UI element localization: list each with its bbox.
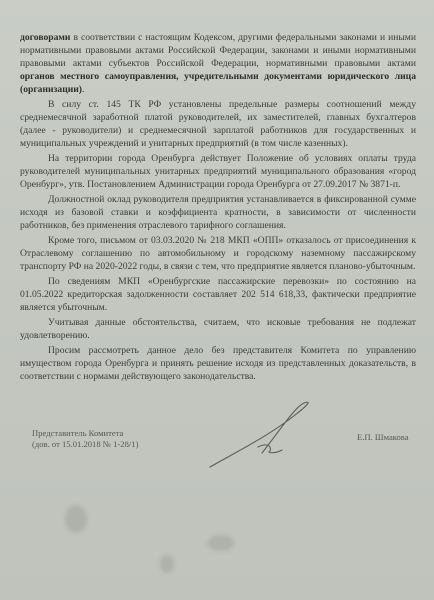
text-run: По сведениям МКП «Оренбургские пассажирс… (20, 276, 416, 313)
bold-text: органов местного самоуправления, учредит… (20, 71, 416, 95)
paragraph: На территории города Оренбурга действует… (20, 152, 416, 191)
handwritten-signature (200, 395, 340, 475)
power-of-attorney: (дов. от 15.01.2018 № 1-28/1) (32, 439, 138, 450)
text-run: в соответствии с настоящим Кодексом, дру… (20, 32, 416, 69)
signatory-role: Представитель Комитета (32, 428, 138, 439)
text-run: Просим рассмотреть данное дело без предс… (20, 345, 416, 382)
document-page: договорами в соответствии с настоящим Ко… (0, 0, 434, 600)
paragraph: Просим рассмотреть данное дело без предс… (20, 344, 416, 383)
text-run: В силу ст. 145 ТК РФ установлены предель… (20, 99, 416, 149)
paper-smudge (208, 535, 234, 551)
text-run: Учитывая данные обстоятельства, считаем,… (20, 317, 416, 341)
paragraph: Учитывая данные обстоятельства, считаем,… (20, 316, 416, 342)
paper-smudge (160, 555, 174, 573)
signatory-title: Представитель Комитета (дов. от 15.01.20… (32, 428, 138, 450)
text-run: Кроме того, письмом от 03.03.2020 № 218 … (20, 235, 416, 272)
document-body: договорами в соответствии с настоящим Ко… (20, 31, 416, 385)
text-run: На территории города Оренбурга действует… (20, 153, 416, 190)
paragraph: договорами в соответствии с настоящим Ко… (20, 31, 416, 96)
paragraph: По сведениям МКП «Оренбургские пассажирс… (20, 275, 416, 314)
bold-text: договорами (20, 32, 70, 43)
paragraph: Кроме того, письмом от 03.03.2020 № 218 … (20, 234, 416, 273)
paper-smudge (65, 505, 87, 533)
paragraph: Должностной оклад руководителя предприят… (20, 193, 416, 232)
paragraph: В силу ст. 145 ТК РФ установлены предель… (20, 98, 416, 150)
signatory-name: Е.П. Шмакова (357, 432, 409, 442)
text-run: Должностной оклад руководителя предприят… (20, 194, 416, 231)
text-run: . (82, 84, 84, 95)
